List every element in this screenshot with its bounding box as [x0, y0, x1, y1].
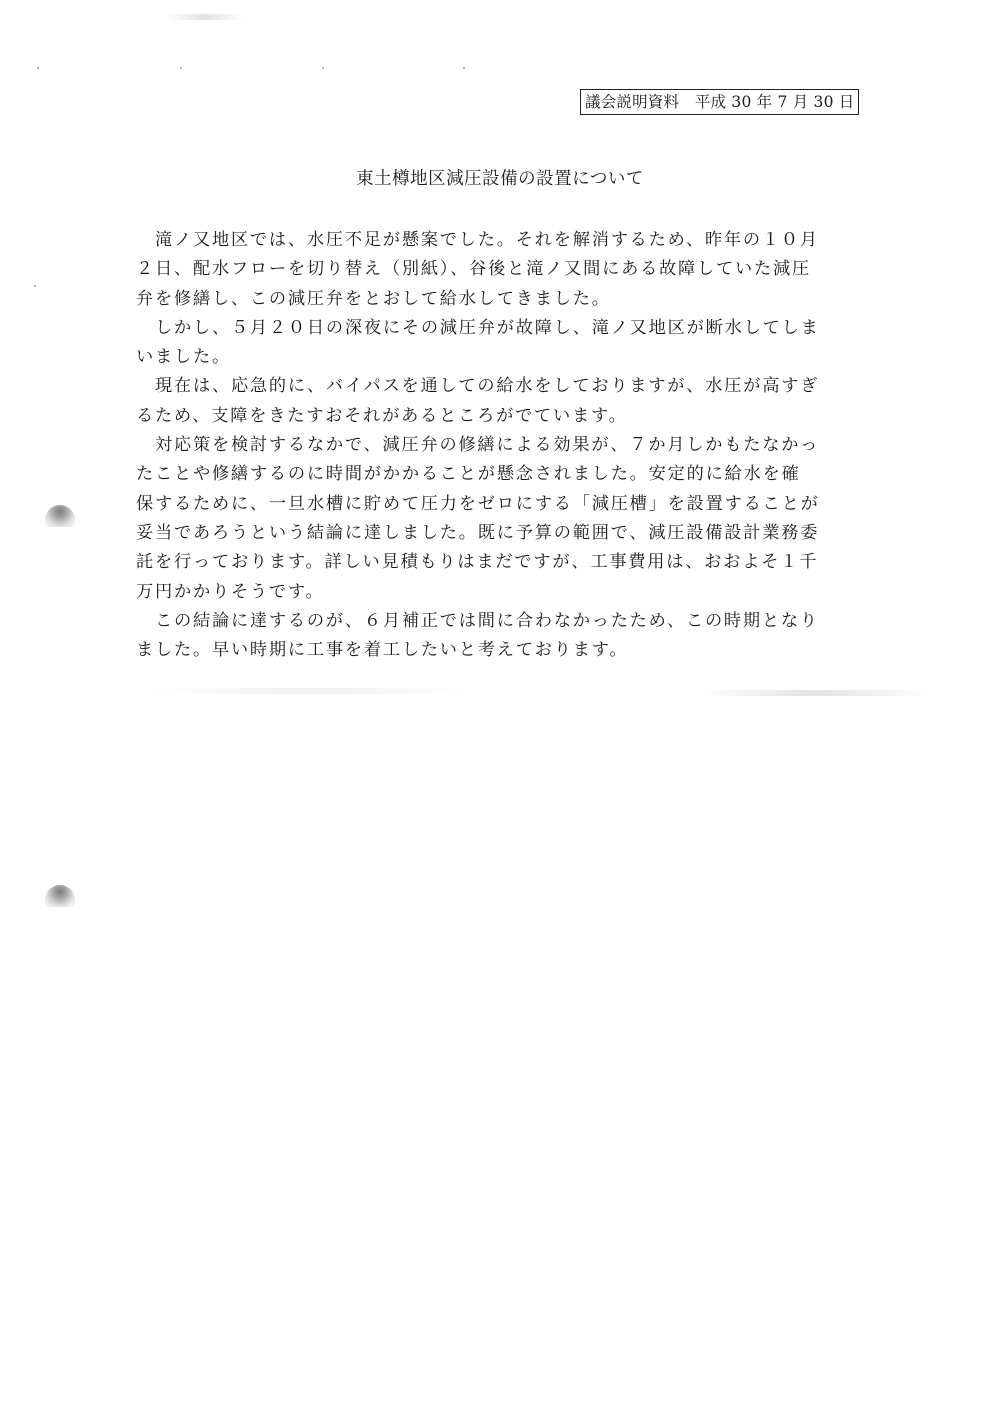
body-line: 万円かかりそうです。: [136, 578, 868, 607]
body-line: いました。: [136, 343, 868, 372]
body-line: 滝ノ又地区では、水圧不足が懸案でした。それを解消するため、昨年の１０月: [136, 226, 868, 255]
body-line: 保するために、一旦水槽に貯めて圧力をゼロにする「減圧槽」を設置することが: [136, 490, 868, 519]
document-page: 議会説明資料 平成 30 年 7 月 30 日 東土樽地区減圧設備の設置について…: [0, 0, 1000, 1418]
body-line: 現在は、応急的に、バイパスを通しての給水をしておりますが、水圧が高すぎ: [136, 372, 868, 401]
scan-artifact-smudge: [700, 690, 930, 696]
document-body: 滝ノ又地区では、水圧不足が懸案でした。それを解消するため、昨年の１０月 ２日、配…: [136, 226, 868, 665]
body-line: しかし、５月２０日の深夜にその減圧弁が故障し、滝ノ又地区が断水してしま: [136, 314, 868, 343]
body-line: るため、支障をきたすおそれがあるところがでています。: [136, 402, 868, 431]
document-title: 東土樽地区減圧設備の設置について: [0, 166, 1000, 192]
scan-artifact-smudge: [150, 688, 470, 694]
scan-artifact-dot: [322, 67, 324, 69]
scan-artifact-dot: [463, 67, 465, 69]
scan-artifact-dot: [180, 67, 182, 69]
body-line: 託を行っております。詳しい見積もりはまだですが、工事費用は、おおよそ１千: [136, 548, 868, 577]
scan-artifact-dot: [37, 67, 39, 69]
body-line: この結論に達するのが、６月補正では間に合わなかったため、この時期となり: [136, 607, 868, 636]
body-line: たことや修繕するのに時間がかかることが懸念されました。安定的に給水を確: [136, 460, 868, 489]
punch-hole-lower: [45, 885, 75, 907]
body-line: ２日、配水フローを切り替え（別紙）、谷後と滝ノ又間にある故障していた減圧: [136, 255, 868, 284]
scan-artifact-dot: [34, 285, 36, 287]
body-line: ました。早い時期に工事を着工したいと考えております。: [136, 636, 868, 665]
scan-artifact-smudge: [165, 14, 245, 20]
body-line: 妥当であろうという結論に達しました。既に予算の範囲で、減圧設備設計業務委: [136, 519, 868, 548]
document-label-box: 議会説明資料 平成 30 年 7 月 30 日: [580, 89, 859, 115]
punch-hole-upper: [45, 505, 75, 527]
body-line: 弁を修繕し、この減圧弁をとおして給水してきました。: [136, 285, 868, 314]
body-line: 対応策を検討するなかで、減圧弁の修繕による効果が、７か月しかもたなかっ: [136, 431, 868, 460]
